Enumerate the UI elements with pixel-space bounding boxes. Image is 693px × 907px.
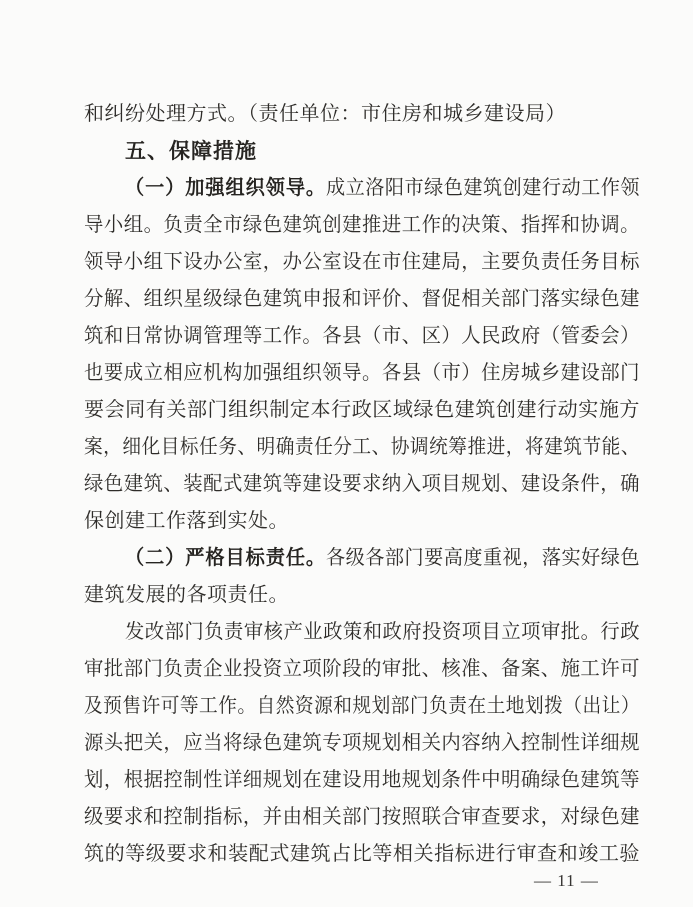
para1-line1: （一）加强组织领导。成立洛阳市绿色建筑创建行动工作领 <box>84 170 640 207</box>
text-line-content: 绿色建筑、装配式建筑等建设要求纳入项目规划、建设条件，确 <box>84 466 640 503</box>
text-line-content: 建筑发展的各项责任。 <box>84 577 289 614</box>
text-line-content: 和纠纷处理方式。（责任单位：市住房和城乡建设局） <box>84 96 566 133</box>
para1-line9: 绿色建筑、装配式建筑等建设要求纳入项目规划、建设条件，确 <box>84 466 640 503</box>
document-body: 和纠纷处理方式。（责任单位：市住房和城乡建设局）五、保障措施（一）加强组织领导。… <box>84 96 640 873</box>
text-segment: 成立洛阳市绿色建筑创建行动工作领 <box>326 177 640 199</box>
text-segment: 各级各部门要高度重视，落实好绿色 <box>326 547 640 569</box>
text-line-content: 及预售许可等工作。自然资源和规划部门负责在土地划拨（出让） <box>84 688 640 725</box>
text-segment: 导小组。负责全市绿色建筑创建推进工作的决策、指挥和协调。 <box>84 214 640 236</box>
para3-line4: 源头把关，应当将绿色建筑专项规划相关内容纳入控制性详细规 <box>84 725 640 762</box>
text-line-content: 划，根据控制性详细规划在建设用地规划条件中明确绿色建筑等 <box>84 762 640 799</box>
para2-line1: （二）严格目标责任。各级各部门要高度重视，落实好绿色 <box>84 540 640 577</box>
text-line-content: 审批部门负责企业投资立项阶段的审批、核准、备案、施工许可 <box>84 651 640 688</box>
bold-text-segment: （一）加强组织领导。 <box>125 177 326 199</box>
para3-line1: 发改部门负责审核产业政策和政府投资项目立项审批。行政 <box>84 614 640 651</box>
scanned-document-page: 和纠纷处理方式。（责任单位：市住房和城乡建设局）五、保障措施（一）加强组织领导。… <box>0 0 693 907</box>
text-segment: 要会同有关部门组织制定本行政区域绿色建筑创建行动实施方 <box>84 399 640 421</box>
text-segment: 划，根据控制性详细规划在建设用地规划条件中明确绿色建筑等 <box>84 769 640 791</box>
text-line-content: 筑和日常协调管理等工作。各县（市、区）人民政府（管委会） <box>84 318 640 355</box>
bold-text-segment: （二）严格目标责任。 <box>125 547 326 569</box>
text-segment: 建筑发展的各项责任。 <box>84 584 289 606</box>
text-line-content: 分解、组织星级绿色建筑申报和评价、督促相关部门落实绿色建 <box>84 281 640 318</box>
para1-line6: 也要成立相应机构加强组织领导。各县（市）住房城乡建设部门 <box>84 355 640 392</box>
text-line-content: 案，细化目标任务、明确责任分工、协调统筹推进，将建筑节能、 <box>84 429 640 466</box>
text-line-content: 要会同有关部门组织制定本行政区域绿色建筑创建行动实施方 <box>84 392 640 429</box>
para1-line8: 案，细化目标任务、明确责任分工、协调统筹推进，将建筑节能、 <box>84 429 640 466</box>
text-segment: 分解、组织星级绿色建筑申报和评价、督促相关部门落实绿色建 <box>84 288 640 310</box>
text-segment: 发改部门负责审核产业政策和政府投资项目立项审批。行政 <box>125 621 640 643</box>
text-segment: 级要求和控制指标，并由相关部门按照联合审查要求，对绿色建 <box>84 806 640 828</box>
para1-line3: 领导小组下设办公室，办公室设在市住建局，主要负责任务目标 <box>84 244 640 281</box>
text-segment: 领导小组下设办公室，办公室设在市住建局，主要负责任务目标 <box>84 251 640 273</box>
text-segment: 筑和日常协调管理等工作。各县（市、区）人民政府（管委会） <box>84 325 640 347</box>
text-line-content: （一）加强组织领导。成立洛阳市绿色建筑创建行动工作领 <box>125 170 640 207</box>
section-heading-5: 五、保障措施 <box>84 133 640 170</box>
para1-line7: 要会同有关部门组织制定本行政区域绿色建筑创建行动实施方 <box>84 392 640 429</box>
text-line-content: 级要求和控制指标，并由相关部门按照联合审查要求，对绿色建 <box>84 799 640 836</box>
para1-line4: 分解、组织星级绿色建筑申报和评价、督促相关部门落实绿色建 <box>84 281 640 318</box>
text-segment: 筑的等级要求和装配式建筑占比等相关指标进行审查和竣工验 <box>84 843 640 865</box>
para1-line5: 筑和日常协调管理等工作。各县（市、区）人民政府（管委会） <box>84 318 640 355</box>
para3-line2: 审批部门负责企业投资立项阶段的审批、核准、备案、施工许可 <box>84 651 640 688</box>
para3-line7: 筑的等级要求和装配式建筑占比等相关指标进行审查和竣工验 <box>84 836 640 873</box>
para3-line3: 及预售许可等工作。自然资源和规划部门负责在土地划拨（出让） <box>84 688 640 725</box>
para2-line2: 建筑发展的各项责任。 <box>84 577 640 614</box>
text-segment: 审批部门负责企业投资立项阶段的审批、核准、备案、施工许可 <box>84 658 640 680</box>
text-segment: 案，细化目标任务、明确责任分工、协调统筹推进，将建筑节能、 <box>84 436 640 458</box>
text-line-content: 保创建工作落到实处。 <box>84 503 289 540</box>
text-line-content: 发改部门负责审核产业政策和政府投资项目立项审批。行政 <box>125 614 640 651</box>
paragraph-end-responsibility-unit: 和纠纷处理方式。（责任单位：市住房和城乡建设局） <box>84 96 640 133</box>
page-number: — 11 — <box>534 871 599 891</box>
para1-line2: 导小组。负责全市绿色建筑创建推进工作的决策、指挥和协调。 <box>84 207 640 244</box>
para3-line5: 划，根据控制性详细规划在建设用地规划条件中明确绿色建筑等 <box>84 762 640 799</box>
text-line-content: 五、保障措施 <box>125 133 257 170</box>
text-segment: 也要成立相应机构加强组织领导。各县（市）住房城乡建设部门 <box>84 362 640 384</box>
text-line-content: （二）严格目标责任。各级各部门要高度重视，落实好绿色 <box>125 540 640 577</box>
text-line-content: 筑的等级要求和装配式建筑占比等相关指标进行审查和竣工验 <box>84 836 640 873</box>
text-segment: 和纠纷处理方式。（责任单位：市住房和城乡建设局） <box>84 103 566 125</box>
text-segment: 绿色建筑、装配式建筑等建设要求纳入项目规划、建设条件，确 <box>84 473 640 495</box>
bold-text-segment: 五、保障措施 <box>125 140 257 163</box>
text-line-content: 领导小组下设办公室，办公室设在市住建局，主要负责任务目标 <box>84 244 640 281</box>
text-line-content: 源头把关，应当将绿色建筑专项规划相关内容纳入控制性详细规 <box>84 725 640 762</box>
text-segment: 源头把关，应当将绿色建筑专项规划相关内容纳入控制性详细规 <box>84 732 640 754</box>
text-segment: 保创建工作落到实处。 <box>84 510 289 532</box>
text-segment: 及预售许可等工作。自然资源和规划部门负责在土地划拨（出让） <box>84 695 640 717</box>
text-line-content: 导小组。负责全市绿色建筑创建推进工作的决策、指挥和协调。 <box>84 207 640 244</box>
para1-line10: 保创建工作落到实处。 <box>84 503 640 540</box>
para3-line6: 级要求和控制指标，并由相关部门按照联合审查要求，对绿色建 <box>84 799 640 836</box>
text-line-content: 也要成立相应机构加强组织领导。各县（市）住房城乡建设部门 <box>84 355 640 392</box>
